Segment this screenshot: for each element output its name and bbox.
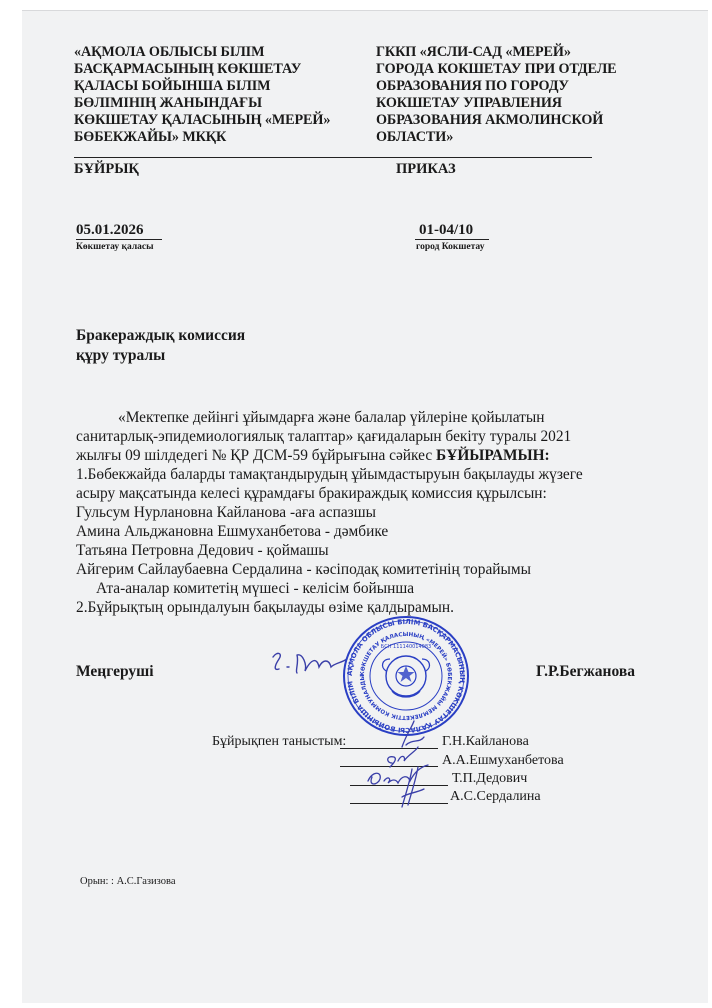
document-page: «АҚМОЛА ОБЛЫСЫ БІЛІМ БАСҚАРМАСЫНЫҢ КӨКШЕ… (22, 10, 708, 1003)
member-line: Татьяна Петровна Дедович - қоймашы (76, 541, 583, 560)
acknowledgement-label: Бұйрықпен таныстым: (212, 734, 346, 750)
org-header-kz-line: КӨКШЕТАУ ҚАЛАСЫНЫҢ «МЕРЕЙ» (74, 112, 330, 129)
subject: Бракераждық комиссия құру туралы (76, 326, 245, 366)
document-date: 05.01.2026 (76, 222, 162, 240)
header-divider (74, 157, 592, 158)
signatory-name: Г.Р.Бегжанова (536, 663, 635, 681)
signatory-position: Меңгеруші (76, 663, 154, 681)
org-header-kz-line: БӨЛІМІНІҢ ЖАНЫНДАҒЫ (74, 95, 330, 112)
intro-line: санитарлық-эпидемиологиялық талаптар» қа… (76, 427, 583, 446)
place-ru: город Кокшетау (416, 242, 484, 252)
org-header-kz: «АҚМОЛА ОБЛЫСЫ БІЛІМ БАСҚАРМАСЫНЫҢ КӨКШЕ… (74, 44, 330, 146)
subject-line: құру туралы (76, 346, 245, 366)
org-header-kz-line: ҚАЛАСЫ БОЙЫНША БІЛІМ (74, 78, 330, 95)
member-line: Айгерим Сайлаубаевна Сердалина - кәсіпод… (76, 560, 583, 579)
item-2-line: 2.Бұйрықтың орындалуын бақылауды өзіме қ… (76, 598, 583, 617)
intro-line-with-order: жылғы 09 шілдедегі № ҚР ДСМ-59 бұйрығына… (76, 446, 583, 465)
doc-type-kz: БҰЙРЫҚ (74, 161, 139, 178)
org-header-kz-line: «АҚМОЛА ОБЛЫСЫ БІЛІМ (74, 44, 330, 61)
ack-name: Г.Н.Кайланова (442, 734, 529, 750)
intro-line: жылғы 09 шілдедегі № ҚР ДСМ-59 бұйрығына… (76, 447, 436, 464)
org-header-ru-line: ГККП «ЯСЛИ-САД «МЕРЕЙ» (376, 44, 617, 61)
member-line: Ата-аналар комитетің мүшесі - келісім бо… (76, 579, 583, 598)
document-number: 01-04/10 (415, 222, 489, 240)
order-word: БҰЙЫРАМЫН: (436, 447, 550, 464)
doc-type-ru: ПРИКАЗ (396, 161, 456, 178)
item-1-line: асыру мақсатында келесі құрамдағы бракир… (76, 484, 583, 503)
org-header-kz-line: БАСҚАРМАСЫНЫҢ КӨКШЕТАУ (74, 61, 330, 78)
ack-name: Т.П.Дедович (452, 771, 527, 787)
ack-name: А.С.Сердалина (450, 789, 541, 805)
item-1-line: 1.Бөбекжайда баларды тамақтандырудың ұйы… (76, 465, 583, 484)
place-kz: Көкшетау қаласы (76, 242, 154, 252)
stamp-bin: БСН 111140014083 (381, 644, 431, 650)
org-header-kz-line: БӨБЕКЖАЙЫ» МКҚК (74, 129, 330, 146)
ack-signatures-icon (362, 717, 452, 813)
order-body: «Мектепке дейінгі ұйымдарға және балалар… (76, 408, 583, 617)
executor-note: Орын: : А.С.Газизова (80, 876, 175, 887)
org-header-ru-line: ОБРАЗОВАНИЯ АКМОЛИНСКОЙ (376, 112, 617, 129)
org-header-ru-line: ОБЛАСТИ» (376, 129, 617, 146)
org-header-ru-line: КОКШЕТАУ УПРАВЛЕНИЯ (376, 95, 617, 112)
subject-line: Бракераждық комиссия (76, 326, 245, 346)
org-header-ru-line: ГОРОДА КОКШЕТАУ ПРИ ОТДЕЛЕ (376, 61, 617, 78)
intro-line: «Мектепке дейінгі ұйымдарға және балалар… (76, 408, 583, 427)
ack-name: А.А.Ешмуханбетова (442, 753, 564, 769)
org-header-ru: ГККП «ЯСЛИ-САД «МЕРЕЙ» ГОРОДА КОКШЕТАУ П… (376, 44, 617, 146)
org-header-ru-line: ОБРАЗОВАНИЯ ПО ГОРОДУ (376, 78, 617, 95)
member-line: Амина Альджановна Ешмуханбетова - дәмбик… (76, 522, 583, 541)
member-line: Гульсум Нурлановна Кайланова -аға аспазш… (76, 503, 583, 522)
